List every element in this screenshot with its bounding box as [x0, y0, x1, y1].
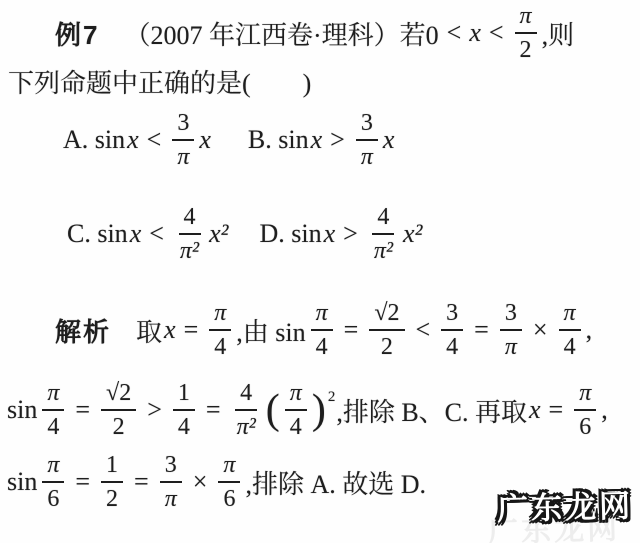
stem-text-2: 下列命题中正确的是( )	[8, 63, 311, 100]
option-b-label: B. sin	[248, 125, 309, 155]
document-page: 广东龙网 例7 （2007 年江西卷·理科）若0 < x < π 2 ,则 下列…	[0, 0, 640, 543]
text: ,由 sin	[236, 312, 305, 349]
fraction-pi-4: π 4	[559, 300, 581, 360]
relation-sign: >	[343, 219, 358, 249]
left-paren: (	[266, 389, 280, 431]
variable-x-squared: x²	[209, 219, 228, 249]
variable-x-squared: x²	[403, 219, 422, 249]
variable-x: x	[469, 18, 481, 48]
fraction-1-2: 1 2	[101, 452, 123, 512]
fraction-sqrt2-2: √2 2	[101, 380, 136, 440]
text: 取	[136, 312, 162, 349]
fraction-pi-6: π 6	[42, 452, 64, 512]
fraction-pi-4: π 4	[209, 300, 231, 360]
sin-function: sin	[7, 467, 37, 497]
sin-function: sin	[7, 395, 37, 425]
less-than-sign: <	[447, 18, 462, 48]
fraction-pi-6: π 6	[218, 452, 240, 512]
fraction-3-4: 3 4	[441, 300, 463, 360]
equals-sign: =	[344, 315, 359, 345]
options-row-ab: A. sin x < 3 π x B. sin x > 3 π x	[62, 103, 395, 177]
variable-x: x	[199, 125, 211, 155]
greater-than-sign: >	[147, 395, 162, 425]
equals-sign: =	[75, 467, 90, 497]
relation-sign: >	[330, 125, 345, 155]
problem-line-2: 下列命题中正确的是( )	[8, 63, 311, 99]
text: ,排除 A. 故选 D.	[245, 464, 426, 501]
comma: ,	[586, 315, 593, 345]
stem-suffix: ,则	[542, 15, 575, 52]
variable-x: x	[127, 125, 139, 155]
equals-sign: =	[206, 395, 221, 425]
problem-line-1: 例7 （2007 年江西卷·理科）若0 < x < π 2 ,则	[55, 4, 575, 62]
stem-text: （2007 年江西卷·理科）若0	[124, 15, 438, 52]
option-a-label: A. sin	[63, 125, 125, 155]
fraction-pi-6: π 6	[574, 380, 596, 440]
equals-sign: =	[75, 395, 90, 425]
solution-line-2: sin π 4 = √2 2 > 1 4 = 4 π² ( π 4 ) 2 ,排…	[6, 370, 609, 450]
fraction-1-4: 1 4	[173, 380, 195, 440]
fraction-3-pi: 3 π	[172, 110, 194, 170]
superscript-2: 2	[328, 389, 336, 406]
option-d-label: D. sin	[259, 219, 321, 249]
fraction-pi-4: π 4	[285, 380, 307, 440]
fraction-4-pi2: 4 π²	[232, 380, 261, 440]
fraction-3-pi: 3 π	[500, 300, 522, 360]
fraction-3-pi: 3 π	[160, 452, 182, 512]
less-than-sign: <	[416, 315, 431, 345]
variable-x: x	[383, 125, 395, 155]
fraction-pi-4: π 4	[42, 380, 64, 440]
fraction-4-pi2: 4 π²	[369, 204, 398, 264]
less-than-sign: <	[489, 18, 504, 48]
text: ,排除 B、C. 再取	[336, 392, 527, 429]
equals-sign: =	[134, 467, 149, 497]
option-c-label: C. sin	[67, 219, 128, 249]
comma: ,	[601, 395, 608, 425]
equals-sign: =	[549, 395, 564, 425]
variable-x: x	[324, 219, 336, 249]
fraction-sqrt2-2: √2 2	[369, 300, 404, 360]
times-sign: ×	[193, 467, 208, 497]
watermark: 广东龙网	[496, 480, 633, 529]
equals-sign: =	[474, 315, 489, 345]
equals-sign: =	[184, 315, 199, 345]
solution-label: 解析	[55, 312, 111, 349]
times-sign: ×	[533, 315, 548, 345]
example-label: 例7	[55, 15, 99, 52]
fraction-pi-2: π 2	[515, 3, 537, 63]
options-row-cd: C. sin x < 4 π² x² D. sin x > 4 π² x²	[66, 196, 423, 272]
fraction-pi-4: π 4	[311, 300, 333, 360]
right-paren: )	[312, 389, 326, 431]
fraction-3-pi: 3 π	[356, 110, 378, 170]
variable-x: x	[164, 315, 176, 345]
fraction-4-pi2: 4 π²	[175, 204, 204, 264]
variable-x: x	[130, 219, 142, 249]
variable-x: x	[311, 125, 323, 155]
solution-line-1: 解析 取 x = π 4 ,由 sin π 4 = √2 2 < 3 4 = 3…	[55, 290, 593, 370]
relation-sign: <	[149, 219, 164, 249]
variable-x: x	[529, 395, 541, 425]
solution-line-3: sin π 6 = 1 2 = 3 π × π 6 ,排除 A. 故选 D.	[6, 450, 427, 514]
relation-sign: <	[147, 125, 162, 155]
